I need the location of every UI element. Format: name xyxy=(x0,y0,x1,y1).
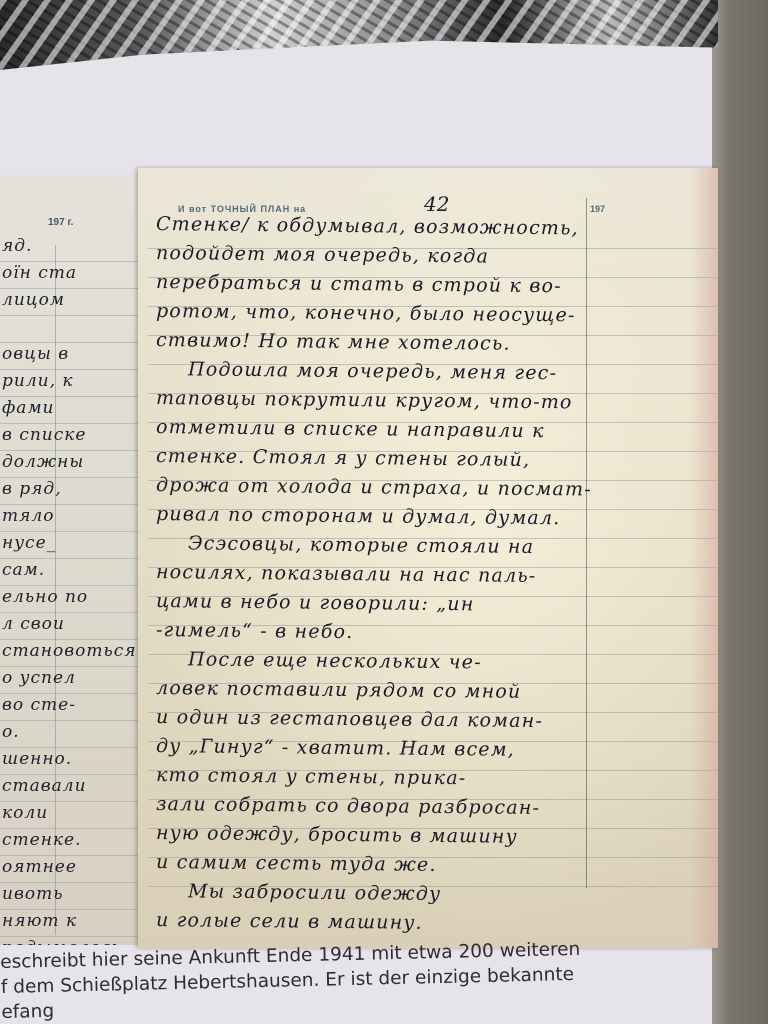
handwritten-line: должны xyxy=(0,449,142,476)
photographed-book-spread: 197 г. яд. оїн ста лицом овцы в рили, к … xyxy=(0,0,768,1024)
handwritten-line: оятнее xyxy=(0,854,142,881)
handwritten-line: в списке xyxy=(0,422,142,449)
handwritten-line: подымалось xyxy=(0,935,142,945)
handwritten-line: коли xyxy=(0,800,142,827)
handwritten-line: шенно. xyxy=(0,746,142,773)
handwritten-line: фами xyxy=(0,395,142,422)
handwritten-line: овцы в xyxy=(0,341,142,368)
book-page-edge xyxy=(712,0,768,1024)
handwritten-line: л свои xyxy=(0,611,142,638)
handwritten-line: нусе_ xyxy=(0,530,142,557)
left-page-handwriting: яд. оїн ста лицом овцы в рили, к фами в … xyxy=(0,233,142,945)
handwritten-line: тяло xyxy=(0,503,142,530)
main-page-handwriting: Стенке/ к обдумывал, возможность, подойд… xyxy=(156,198,716,935)
handwritten-line: яд. xyxy=(0,233,142,260)
handwritten-line: о. xyxy=(0,719,142,746)
left-page-header: 197 г. xyxy=(48,217,73,228)
handwritten-line: стенке. xyxy=(0,827,142,854)
handwritten-line: лицом xyxy=(0,287,142,314)
handwritten-line: в ряд, xyxy=(0,476,142,503)
main-notebook-page: И вот ТОЧНЫЙ ПЛАН на 42 197 Стенке/ к об… xyxy=(138,168,718,948)
handwritten-line: ставали xyxy=(0,773,142,800)
handwritten-line: няют к xyxy=(0,908,142,935)
handwritten-line: становоться xyxy=(0,638,142,665)
left-notebook-page: 197 г. яд. оїн ста лицом овцы в рили, к … xyxy=(0,175,142,945)
handwritten-line: ивоть xyxy=(0,881,142,908)
printed-caption: eschreibt hier seine Ankunft Ende 1941 m… xyxy=(0,934,714,1024)
handwritten-line: ельно по xyxy=(0,584,142,611)
handwritten-line: о успел xyxy=(0,665,142,692)
handwritten-line: рили, к xyxy=(0,368,142,395)
handwritten-line: сам. xyxy=(0,557,142,584)
handwritten-line xyxy=(0,314,142,341)
handwritten-line: оїн ста xyxy=(0,260,142,287)
handwritten-line: во сте- xyxy=(0,692,142,719)
